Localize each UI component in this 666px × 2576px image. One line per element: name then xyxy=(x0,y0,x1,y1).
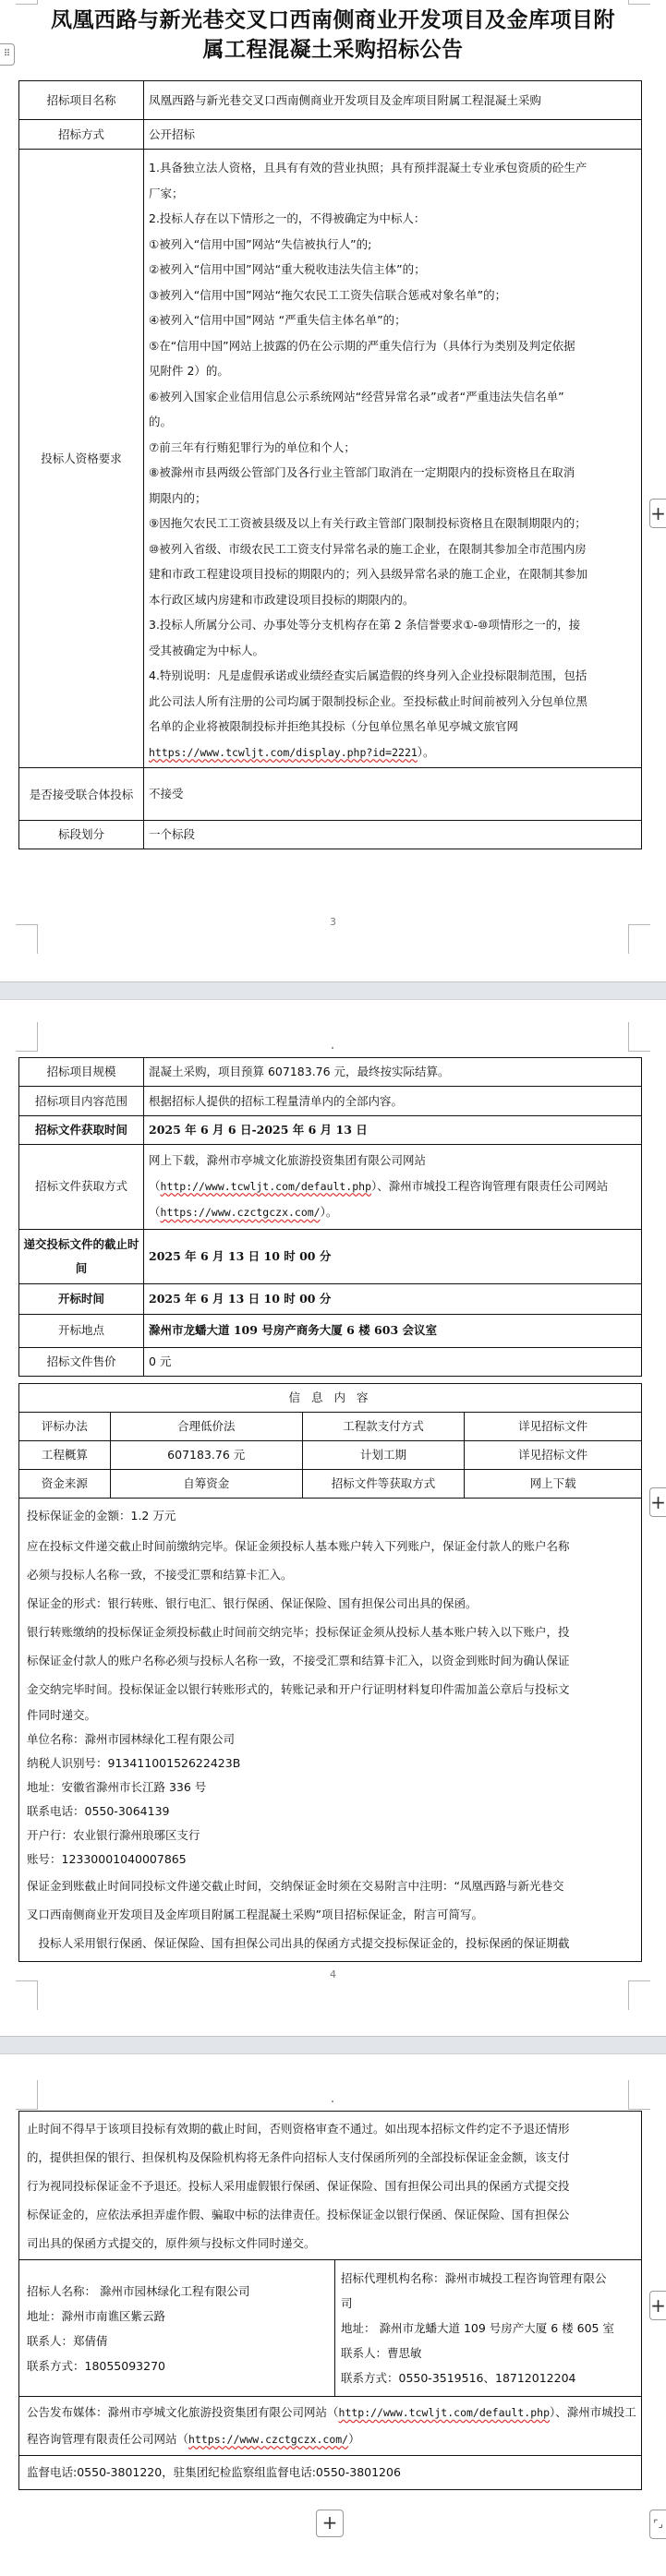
page-corner-mark xyxy=(628,1980,650,2010)
label-opening-time: 开标时间 xyxy=(19,1283,144,1314)
qualification-line: 见附件 2）的。 xyxy=(149,358,636,384)
info-cell: 计划工期 xyxy=(302,1441,465,1470)
czctgczx-link[interactable]: https://www.czctgczx.com/ xyxy=(188,2433,348,2446)
deposit-line: 单位名称：滁州市园林绿化工程有限公司 xyxy=(27,1727,636,1751)
deposit-details: 投标保证金的金额：1.2 万元 应在投标文件递交截止时间前缴纳完毕。保证金须投标… xyxy=(19,1499,642,1962)
info-cell: 招标文件等获取方式 xyxy=(302,1470,465,1499)
fullscreen-icon[interactable]: ⌜⌟ xyxy=(649,2510,666,2539)
label-submission-deadline: 递交投标文件的截止时间 xyxy=(19,1229,144,1283)
deposit-line: 必须与投标人名称一致，不接受汇票和结算卡汇入。 xyxy=(27,1560,636,1589)
tcwljt-link[interactable]: http://www.tcwljt.com/default.php xyxy=(339,2406,550,2419)
tenderer-phone: 联系方式：18055093270 xyxy=(27,2353,330,2378)
publication-media: 公告发布媒体：滁州市亭城文化旅游投资集团有限公司网站（http://www.tc… xyxy=(19,2397,642,2456)
add-row-button[interactable]: + xyxy=(649,2291,666,2320)
label-lot-division: 标段划分 xyxy=(19,821,144,849)
bid-info-table-1: 招标项目名称 凤凰西路与新光巷交叉口西南侧商业开发项目及金库项目附属工程混凝土采… xyxy=(18,80,642,849)
qualification-line: ⑩被列入省级、市级农民工工资支付异常名录的施工企业，在限制其参加全市范围内房 xyxy=(149,536,636,562)
label-bid-method: 招标方式 xyxy=(19,120,144,150)
qualification-line: ①被列入“信用中国”网站“失信被执行人”的; xyxy=(149,232,636,258)
label-doc-acquire-method: 招标文件获取方式 xyxy=(19,1145,144,1230)
page-corner-mark xyxy=(628,1022,650,1052)
header-marker xyxy=(332,2101,333,2102)
info-content-table: 信 息 内 容 评标办法 合理低价法 工程款支付方式 详见招标文件 工程概算 6… xyxy=(18,1383,642,1962)
deposit-line: 应在投标文件递交截止时间前缴纳完毕。保证金须投标人基本账户转入下列账户，保证金付… xyxy=(27,1532,636,1560)
deposit-line: 标保证金的，应依法承担弄虚作假、骗取中标的法律责任。投标保证金以银行保函、保证保… xyxy=(27,2200,636,2229)
qualification-line: ⑨因拖欠农民工工资被县级及以上有关行政主管部门限制投标资格且在限制期限内的； xyxy=(149,511,636,536)
info-cell: 自筹资金 xyxy=(110,1470,302,1499)
acquire-method-line: 网上下载，滁州市亭城文化旅游投资集团有限公司网站 xyxy=(149,1148,636,1174)
document-title-line-1: 凤凰西路与新光巷交叉口西南侧商业开发项目及金库项目附 xyxy=(0,6,666,35)
page-corner-mark xyxy=(16,1980,38,2010)
page-corner-mark xyxy=(628,0,650,5)
deposit-line: 金交纳完毕时间。投标保证金以银行转账形式的，转账记录和开户行证明材料复印件需加盖… xyxy=(27,1675,636,1703)
tcwljt-link[interactable]: http://www.tcwljt.com/default.php xyxy=(161,1180,371,1193)
qualification-line: 厂家； xyxy=(149,181,636,207)
agency-phone: 联系方式：0550-3519516、18712012204 xyxy=(341,2365,636,2390)
agency-name-cont: 司 xyxy=(341,2291,636,2316)
deposit-line: 联系电话：0550-3064139 xyxy=(27,1800,636,1824)
blacklist-link[interactable]: https://www.tcwljt.com/display.php?id=22… xyxy=(149,746,418,759)
page-corner-mark xyxy=(16,1022,38,1052)
page-number: 3 xyxy=(0,916,666,928)
info-cell: 网上下载 xyxy=(465,1470,642,1499)
label-project-scale: 招标项目规模 xyxy=(19,1058,144,1087)
qualification-line: 2.投标人存在以下情形之一的，不得被确定为中标人： xyxy=(149,206,636,232)
info-cell: 资金来源 xyxy=(19,1470,111,1499)
qualification-line: 此公司法人所有注册的公司均属于限制投标企业。至投标截止时间前被列入分包单位黑 xyxy=(149,689,636,715)
deposit-line: 账号：12330001040007865 xyxy=(27,1848,636,1872)
qualification-line: 3.投标人所属分公司、办事处等分支机构存在第 2 条信誉要求①-⑩项情形之一的，… xyxy=(149,612,636,638)
agency-contact: 联系人：曹思敏 xyxy=(341,2341,636,2365)
qualification-line: 本行政区域内房建和市政建设项目投标的期限内的。 xyxy=(149,587,636,613)
add-row-button[interactable]: + xyxy=(649,499,666,528)
qualification-line: ⑥被列入国家企业信用信息公示系统网站“经营异常名录”或者“严重违法失信名单” xyxy=(149,384,636,410)
label-consortium-text: 是否接受联合体投标 xyxy=(30,788,134,801)
qualification-line: 1.具备独立法人资格，且具有有效的营业执照；具有预拌混凝土专业承包资质的砼生产 xyxy=(149,155,636,181)
value-project-name: 凤凰西路与新光巷交叉口西南侧商业开发项目及金库项目附属工程混凝土采购 xyxy=(144,81,642,120)
acquire-method-line: （http://www.tcwljt.com/default.php）、滁州市城… xyxy=(149,1174,636,1200)
page-corner-mark xyxy=(628,924,650,954)
page-number: 4 xyxy=(0,1968,666,1980)
info-cell: 详见招标文件 xyxy=(465,1441,642,1470)
label-project-name: 招标项目名称 xyxy=(19,81,144,120)
value-consortium: 不接受 xyxy=(144,768,642,821)
deposit-line: 行为视同投标保证金不予退还。投标人采用虚假银行保函、保证保险、国有担保公司出具的… xyxy=(27,2172,636,2200)
deposit-line: 标保证金付款人的账户名称必须与投标人名称一致，不接受汇票和结算卡汇入，以资金到账… xyxy=(27,1646,636,1675)
info-cell: 评标办法 xyxy=(19,1413,111,1441)
add-row-button[interactable]: + xyxy=(649,1487,666,1517)
value-doc-price: 0 元 xyxy=(144,1347,642,1376)
deposit-line: 投标保证金的金额：1.2 万元 xyxy=(27,1500,636,1532)
qualification-line: 的。 xyxy=(149,409,636,435)
info-cell: 详见招标文件 xyxy=(465,1413,642,1441)
deposit-line: 司出具的保函方式提交的，原件须与投标文件同时递交。 xyxy=(27,2229,636,2257)
page-gap xyxy=(0,2036,666,2054)
qualification-line: 名单的企业将被限制投标并拒绝其投标（分包单位黑名单见亭城文旅官网 xyxy=(149,714,636,740)
info-cell: 合理低价法 xyxy=(110,1413,302,1441)
page-corner-mark xyxy=(16,2080,38,2110)
info-content-header: 信 息 内 容 xyxy=(19,1384,642,1413)
page-gap xyxy=(0,981,666,1000)
tenderer-name: 招标人名称： 滁州市园林绿化工程有限公司 xyxy=(27,2279,330,2304)
media-prefix: 公告发布媒体：滁州市亭城文化旅游投资集团有限公司网站（ xyxy=(27,2405,339,2419)
value-bidder-qualification: 1.具备独立法人资格，且具有有效的营业执照；具有预拌混凝土专业承包资质的砼生产 … xyxy=(144,150,642,768)
deposit-line: 地址：安徽省滁州市长江路 336 号 xyxy=(27,1776,636,1800)
info-cell: 工程款支付方式 xyxy=(302,1413,465,1441)
qualification-line: ②被列入“信用中国”网站“重大税收违法失信主体”的； xyxy=(149,257,636,283)
label-bidder-qualification: 投标人资格要求 xyxy=(19,150,144,768)
value-opening-time: 2025 年 6 月 13 日 10 时 00 分 xyxy=(144,1283,642,1314)
deposit-line: 件同时递交。 xyxy=(27,1703,636,1727)
label-content-scope: 招标项目内容范围 xyxy=(19,1087,144,1116)
value-bid-method: 公开招标 xyxy=(144,120,642,150)
qualification-line: ⑧被滁州市县两级公管部门及各行业主管部门取消在一定期限内的投标资格且在取消 xyxy=(149,460,636,486)
acquire-method-suffix: 。 xyxy=(326,1205,338,1219)
label-doc-price: 招标文件售价 xyxy=(19,1347,144,1376)
deposit-line: 投标人采用银行保函、保证保险、国有担保公司出具的保函方式提交投标保证金的，投标保… xyxy=(27,1929,636,1957)
qualification-line: ③被列入“信用中国”网站“拖欠农民工工资失信联合惩戒对象名单”的； xyxy=(149,283,636,308)
deposit-line: 纳税人识别号：91341100152622423B xyxy=(27,1751,636,1776)
qualification-line: ⑦前三年有行贿犯罪行为的单位和个人； xyxy=(149,435,636,461)
page-corner-mark xyxy=(16,0,38,5)
document-title-line-2: 属工程混凝土采购招标公告 xyxy=(0,35,666,65)
label-opening-location: 开标地点 xyxy=(19,1314,144,1347)
qualification-line: ⑤在“信用中国”网站上披露的仍在公示期的严重失信行为（具体行为类别及判定依据 xyxy=(149,333,636,359)
deposit-line: 止时间不得早于该项目投标有效期的截止时间，否则资格审查不通过。如出现本招标文件约… xyxy=(27,2114,636,2143)
deposit-line: 保证金到账截止时间同投标文件递交截止时间，交纳保证金时须在交易附言中注明：“凤凰… xyxy=(27,1872,636,1900)
value-content-scope: 根据招标人提供的招标工程量清单内的全部内容。 xyxy=(144,1087,642,1116)
acquire-method-line: （https://www.czctgczx.com/）。 xyxy=(149,1199,636,1226)
header-marker xyxy=(332,1047,333,1049)
add-table-row-button[interactable]: + xyxy=(316,2510,344,2537)
value-project-scale: 混凝土采购，项目预算 607183.76 元，最终按实际结算。 xyxy=(144,1058,642,1087)
value-doc-acquire-method: 网上下载，滁州市亭城文化旅游投资集团有限公司网站 （http://www.tcw… xyxy=(144,1145,642,1230)
qualification-line: ④被列入“信用中国”网站 “严重失信主体名单”的； xyxy=(149,307,636,333)
label-consortium: 是否接受联合体投标 xyxy=(19,768,144,821)
info-cell: 607183.76 元 xyxy=(110,1441,302,1470)
deposit-line: 叉口西南侧商业开发项目及金库项目附属工程混凝土采购”项目招标保证金，附言可简写。 xyxy=(27,1900,636,1929)
agency-info: 招标代理机构名称：滁州市城投工程咨询管理有限公 司 地址： 滁州市龙蟠大道 10… xyxy=(335,2260,642,2397)
info-cell: 工程概算 xyxy=(19,1441,111,1470)
document-page-2: 招标项目规模 混凝土采购，项目预算 607183.76 元，最终按实际结算。 招… xyxy=(0,1000,666,2036)
qualification-line: 受其被确定为中标人。 xyxy=(149,638,636,664)
document-page-1: ⠿ 凤凰西路与新光巷交叉口西南侧商业开发项目及金库项目附 属工程混凝土采购招标公… xyxy=(0,0,666,981)
value-lot-division: 一个标段 xyxy=(144,821,642,849)
media-suffix: ） xyxy=(348,2432,360,2446)
agency-address: 地址： 滁州市龙蟠大道 109 号房产大厦 6 楼 605 室 xyxy=(341,2316,636,2341)
link-suffix: ）。 xyxy=(418,745,435,759)
bid-info-table-3: 止时间不得早于该项目投标有效期的截止时间，否则资格审查不通过。如出现本招标文件约… xyxy=(18,2111,642,2490)
acquire-method-mid: 、滁州市城投工程咨询管理有限责任公司网站 xyxy=(377,1179,608,1193)
tenderer-address: 地址：滁州市南谯区紫云路 xyxy=(27,2304,330,2329)
agency-name: 招标代理机构名称：滁州市城投工程咨询管理有限公 xyxy=(341,2266,636,2291)
label-doc-acquire-time: 招标文件获取时间 xyxy=(19,1116,144,1145)
tenderer-contact: 联系人：郑倩倩 xyxy=(27,2329,330,2353)
page-corner-mark xyxy=(628,2080,650,2110)
qualification-line: 4.特别说明：凡是虚假承诺或业绩经查实后属造假的终身列入企业投标限制范围，包括 xyxy=(149,663,636,689)
deposit-continued: 止时间不得早于该项目投标有效期的截止时间，否则资格审查不通过。如出现本招标文件约… xyxy=(19,2112,642,2260)
deposit-line: 的，提供担保的银行、担保机构及保险机构将无条件向招标人支付保函所列的全部投标保证… xyxy=(27,2143,636,2172)
page-corner-mark xyxy=(16,924,38,954)
document-page-3: 止时间不得早于该项目投标有效期的截止时间，否则资格审查不通过。如出现本招标文件约… xyxy=(0,2054,666,2576)
value-submission-deadline: 2025 年 6 月 13 日 10 时 00 分 xyxy=(144,1229,642,1283)
qualification-line: 期限内的； xyxy=(149,486,636,512)
tenderer-info: 招标人名称： 滁州市园林绿化工程有限公司 地址：滁州市南谯区紫云路 联系人：郑倩… xyxy=(19,2260,335,2397)
deposit-line: 保证金的形式：银行转账、银行电汇、银行保函、保证保险、国有担保公司出具的保函。 xyxy=(27,1589,636,1618)
value-doc-acquire-time: 2025 年 6 月 6 日-2025 年 6 月 13 日 xyxy=(144,1116,642,1145)
deposit-line: 开户行：农业银行滁州琅琊区支行 xyxy=(27,1824,636,1848)
deposit-line: 银行转账缴纳的投标保证金须投标截止时间前交纳完毕；投标保证金须从投标人基本账户转… xyxy=(27,1618,636,1646)
qualification-line: https://www.tcwljt.com/display.php?id=22… xyxy=(149,740,636,766)
bid-info-table-2: 招标项目规模 混凝土采购，项目预算 607183.76 元，最终按实际结算。 招… xyxy=(18,1057,642,1377)
value-opening-location: 滁州市龙蟠大道 109 号房产商务大厦 6 楼 603 会议室 xyxy=(144,1314,642,1347)
qualification-line: 建和市政工程建设项目投标的期限内的；列入县级异常名录的施工企业，在限制其参加 xyxy=(149,561,636,587)
czctgczx-link[interactable]: https://www.czctgczx.com/ xyxy=(161,1206,321,1219)
supervision-phones: 监督电话:0550-3801220，驻集团纪检监察组监督电话:0550-3801… xyxy=(19,2456,642,2490)
